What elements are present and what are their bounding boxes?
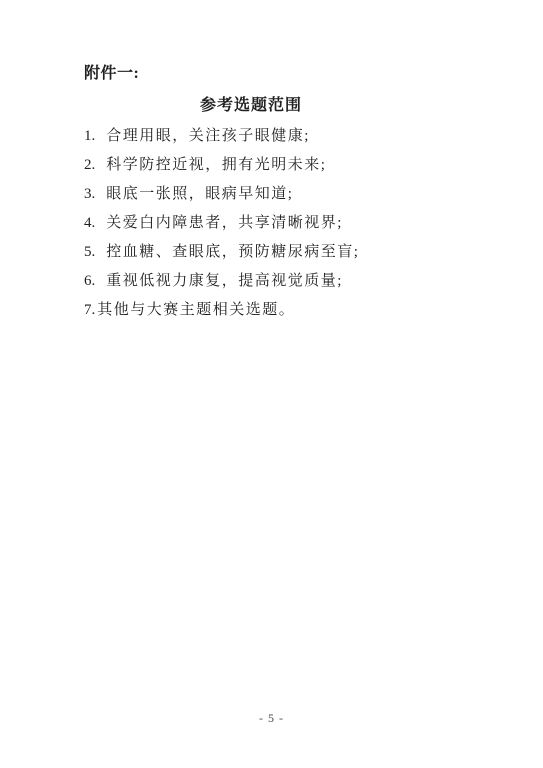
list-item-text: 眼底一张照，眼病早知道;	[106, 186, 293, 202]
list-item-text: 控血糖、查眼底，预防糖尿病至盲;	[106, 244, 359, 260]
attachment-label: 附件一:	[84, 65, 139, 82]
list-item-text: 其他与大赛主题相关选题。	[97, 302, 295, 318]
list-item-number: 4.	[84, 215, 95, 231]
list-item-text: 科学防控近视，拥有光明未来;	[106, 157, 326, 173]
topic-list: 1.合理用眼，关注孩子眼健康; 2.科学防控近视，拥有光明未来; 3.眼底一张照…	[84, 128, 359, 331]
list-item: 5.控血糖、查眼底，预防糖尿病至盲;	[84, 244, 359, 260]
list-item-number: 1.	[84, 128, 95, 144]
list-item: 2.科学防控近视，拥有光明未来;	[84, 157, 359, 173]
document-page: 附件一: 参考选题范围 1.合理用眼，关注孩子眼健康; 2.科学防控近视，拥有光…	[0, 0, 543, 768]
list-item-number: 5.	[84, 244, 95, 260]
list-item-number: 6.	[84, 273, 95, 289]
list-item: 3.眼底一张照，眼病早知道;	[84, 186, 359, 202]
list-item-text: 合理用眼，关注孩子眼健康;	[106, 128, 310, 144]
page-title: 参考选题范围	[200, 97, 302, 115]
list-item-text: 关爱白内障患者，共享清晰视界;	[106, 215, 343, 231]
list-item-text: 重视低视力康复，提高视觉质量;	[106, 273, 343, 289]
page-number: - 5 -	[0, 712, 543, 725]
list-item-number: 3.	[84, 186, 95, 202]
list-item-number: 2.	[84, 157, 95, 173]
list-item: 6.重视低视力康复，提高视觉质量;	[84, 273, 359, 289]
list-item: 4.关爱白内障患者，共享清晰视界;	[84, 215, 359, 231]
list-item-number: 7.	[84, 302, 95, 318]
list-item: 7.其他与大赛主题相关选题。	[84, 302, 359, 318]
list-item: 1.合理用眼，关注孩子眼健康;	[84, 128, 359, 144]
